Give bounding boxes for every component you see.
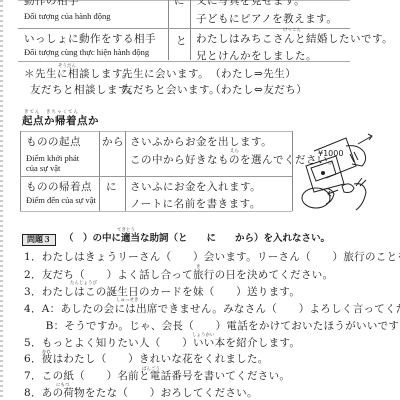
question-6: 6．彼はわたし（ ）きれいな花をくれました。 xyxy=(24,353,269,365)
table-divider xyxy=(190,0,191,60)
question-4a: 4．A：あしたの会には出席できません。みなさん（ ）よろしく言ってください。 xyxy=(24,303,400,315)
row1-label-vi: Đối tượng của hành động xyxy=(24,11,111,21)
row1-example-2: 子どもにピアノを教えます。 xyxy=(196,13,337,25)
row1-example-1: 父に写真を見せます。 xyxy=(196,0,305,7)
dest-particle: に xyxy=(106,181,117,193)
origin-label-vi2: của sự vật xyxy=(26,163,60,173)
note2-b: 友だちと会います。 xyxy=(122,84,220,96)
dest-example-2: ノートに名前を書きます。 xyxy=(130,198,261,210)
note1-a: ＊先生に相談します。 xyxy=(24,68,133,80)
question-7: 7．この紙（ ）名前と電話番号を書いてください。 xyxy=(24,370,290,382)
question-3: 3．わたしはこの誕生日のカードを妹（ ）送ります。 xyxy=(24,286,300,298)
dest-label-vi: Điểm đến của sự vật xyxy=(26,195,96,205)
row1-label-jp: 動作の相手 xyxy=(24,0,79,7)
question-2: 2．友だち（ ）よく話し合って旅行の日を決めてください。 xyxy=(24,269,333,281)
origin-label-vi: Điểm khởi phát xyxy=(26,153,79,163)
section-heading: 起点か帰着点か xyxy=(22,115,99,127)
exercise-instruction: （ ）の中に適当な助詞（と に から）を入れなさい。 xyxy=(64,233,330,245)
note1-b: 先生に会います。 xyxy=(122,68,209,80)
table-divider xyxy=(168,0,169,60)
note2-c: （わたし⇔友だち） xyxy=(210,84,307,96)
wallet-illustration-icon: ¥1000 xyxy=(296,126,386,216)
origin-particle: から xyxy=(102,136,124,148)
scan-edge xyxy=(0,0,3,400)
origin-label-jp: ものの起点 xyxy=(26,136,81,148)
note1-c: （わたし⇒先生） xyxy=(210,68,296,80)
row1-particle: に xyxy=(174,0,185,7)
question-8: 8．あの荷物をたな（ ）おろしてください。 xyxy=(24,387,258,399)
dest-example-1: さいふにお金を入れます。 xyxy=(130,181,261,193)
question-5: 5．もっとよく知りたい人（ ）いい本を紹介します。 xyxy=(24,337,300,349)
exercise-badge: 問題３ xyxy=(22,234,56,246)
origin-example-1: さいふからお金を出します。 xyxy=(130,136,272,148)
question-4b: B：そうですか。じゃ、会長（ ）電話をかけておいたほうがいいですよ。 xyxy=(24,320,400,332)
row2-example-1: わたしはみちこさんと結婚したいです。 xyxy=(196,33,393,45)
row2-label-jp: いっしょに動作をする相手 xyxy=(24,33,156,45)
row2-particle: と xyxy=(176,35,187,47)
svg-text:¥1000: ¥1000 xyxy=(318,149,343,158)
row2-label-vi: Đối tượng cùng thực hiện hành động xyxy=(24,47,149,57)
question-1: 1．わたしはきょうリーさん（ ）会います。リーさん（ ）旅行のことを聞きます。 xyxy=(24,251,400,263)
dest-label-jp: ものの帰着点 xyxy=(26,181,92,193)
